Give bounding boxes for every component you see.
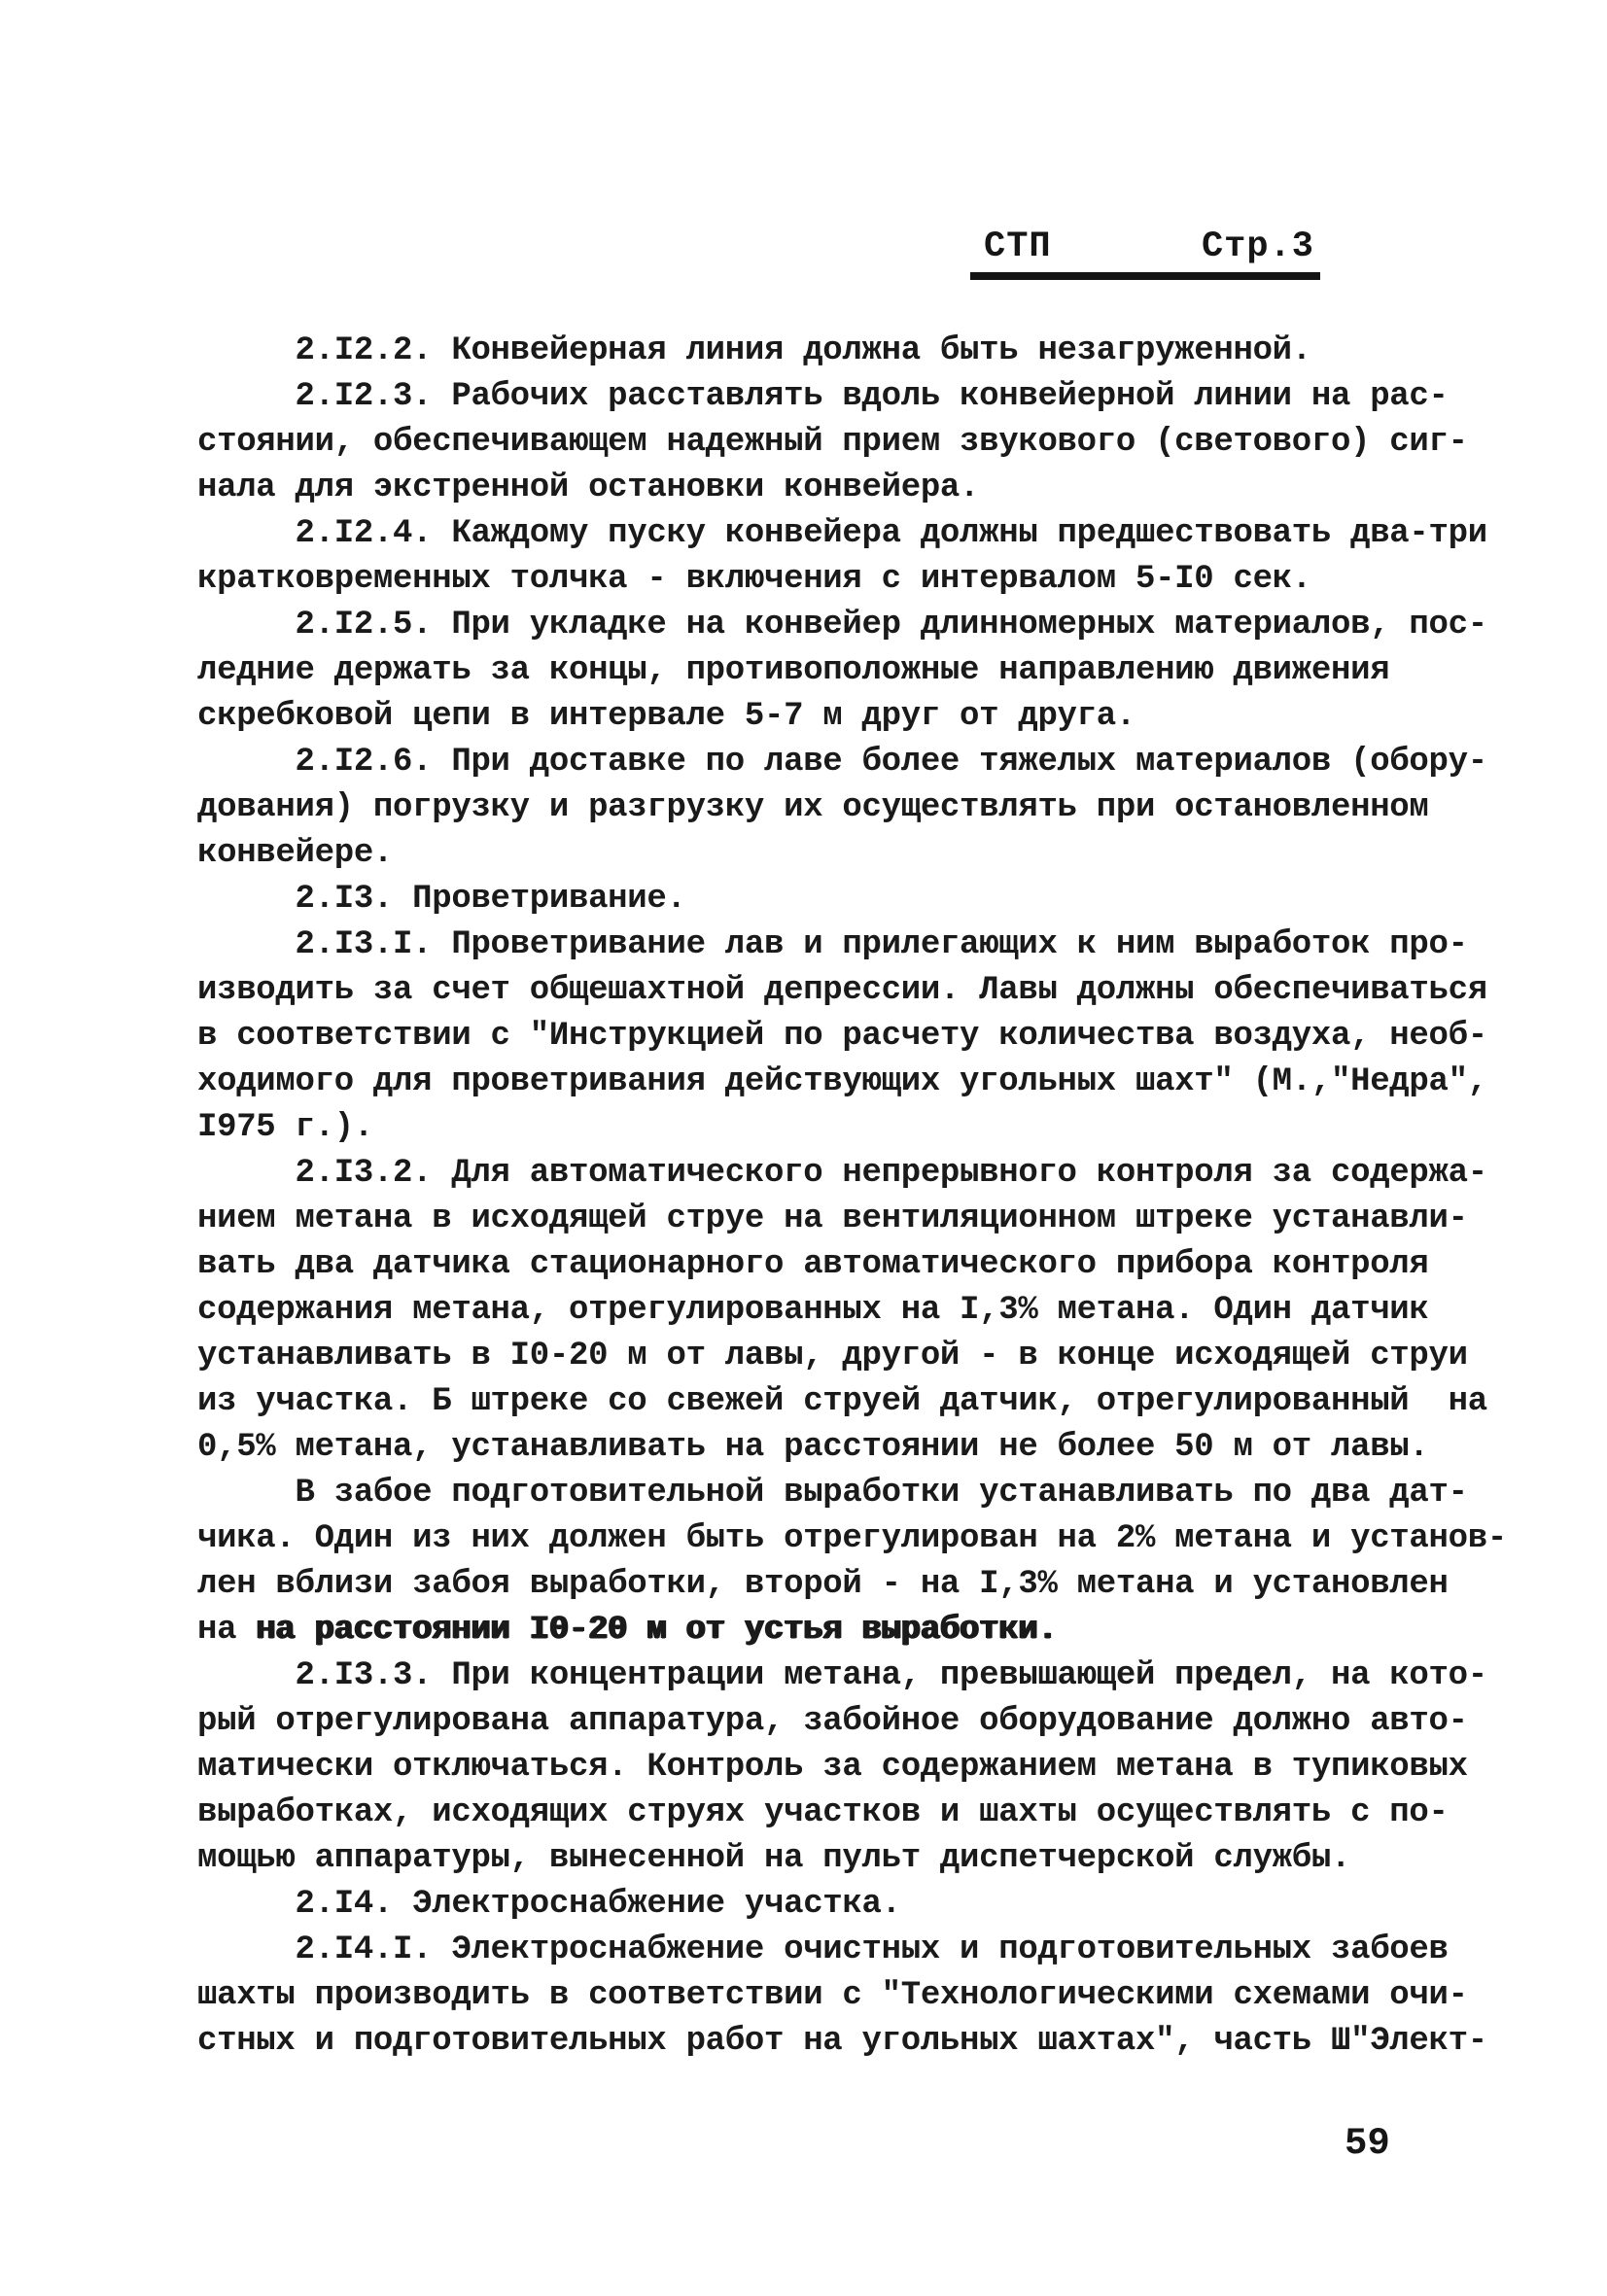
document-line: 2.I3.2. Для автоматического непрерывного… — [197, 1151, 1539, 1197]
document-line: скребковой цепи в интервале 5-7 м друг о… — [197, 694, 1539, 740]
document-line: вать два датчика стационарного автоматич… — [197, 1242, 1539, 1288]
document-line: мощью аппаратуры, вынесенной на пульт ди… — [197, 1836, 1539, 1882]
document-line: В забое подготовительной выработки устан… — [197, 1471, 1539, 1516]
document-line: конвейере. — [197, 831, 1539, 877]
running-head-page-label: Стр.3 — [1202, 226, 1314, 267]
page-number: 59 — [1345, 2122, 1390, 2165]
running-head-doc-code: СТП — [984, 226, 1052, 267]
document-body: 2.I2.2. Конвейерная линия должна быть не… — [197, 329, 1539, 2065]
document-line: стных и подготовительных работ на угольн… — [197, 2019, 1539, 2065]
scanned-document-page: СТП Стр.3 2.I2.2. Конвейерная линия долж… — [0, 0, 1607, 2296]
document-line: дования) погрузку и разгрузку их осущест… — [197, 785, 1539, 831]
document-line: шахты производить в соответствии с "Техн… — [197, 1973, 1539, 2019]
overstruck-text: на расстоянии I0-20 м от устья выработки… — [256, 1612, 1057, 1649]
document-line: 2.I3.3. При концентрации метана, превыша… — [197, 1653, 1539, 1699]
document-line: 2.I2.5. При укладке на конвейер длинноме… — [197, 603, 1539, 648]
document-line: изводить за счет общешахтной депрессии. … — [197, 968, 1539, 1014]
document-line: 2.I2.3. Рабочих расставлять вдоль конвей… — [197, 374, 1539, 420]
document-line: I975 г.). — [197, 1105, 1539, 1151]
document-line: стоянии, обеспечивающем надежный прием з… — [197, 420, 1539, 466]
document-line: 2.I3.I. Проветривание лав и прилегающих … — [197, 922, 1539, 968]
document-line: устанавливать в I0-20 м от лавы, другой … — [197, 1334, 1539, 1379]
document-line: на на расстоянии I0-20 м от устья вырабо… — [197, 1608, 1539, 1653]
document-line: в соответствии с "Инструкцией по расчету… — [197, 1014, 1539, 1060]
document-line: нала для экстренной остановки конвейера. — [197, 466, 1539, 511]
document-line: ледние держать за концы, противоположные… — [197, 648, 1539, 694]
document-line: кратковременных толчка - включения с инт… — [197, 557, 1539, 603]
document-line: 2.I4. Электроснабжение участка. — [197, 1882, 1539, 1928]
document-line: 2.I4.I. Электроснабжение очистных и подг… — [197, 1928, 1539, 1973]
document-line: 0,5% метана, устанавливать на расстоянии… — [197, 1425, 1539, 1471]
text-segment: на — [197, 1612, 256, 1649]
document-line: выработках, исходящих струях участков и … — [197, 1791, 1539, 1836]
document-line: 2.I2.4. Каждому пуску конвейера должны п… — [197, 511, 1539, 557]
document-line: из участка. Б штреке со свежей струей да… — [197, 1379, 1539, 1425]
document-line: рый отрегулирована аппаратура, забойное … — [197, 1699, 1539, 1745]
document-line: чика. Один из них должен быть отрегулиро… — [197, 1516, 1539, 1562]
document-line: 2.I2.2. Конвейерная линия должна быть не… — [197, 329, 1539, 374]
document-line: 2.I3. Проветривание. — [197, 877, 1539, 922]
document-line: лен вблизи забоя выработки, второй - на … — [197, 1562, 1539, 1608]
document-line: нием метана в исходящей струе на вентиля… — [197, 1197, 1539, 1242]
document-line: ходимого для проветривания действующих у… — [197, 1060, 1539, 1105]
document-line: 2.I2.6. При доставке по лаве более тяжел… — [197, 740, 1539, 785]
document-line: матически отключаться. Контроль за содер… — [197, 1745, 1539, 1791]
document-line: содержания метана, отрегулированных на I… — [197, 1288, 1539, 1334]
running-head: СТП Стр.3 — [970, 226, 1320, 280]
